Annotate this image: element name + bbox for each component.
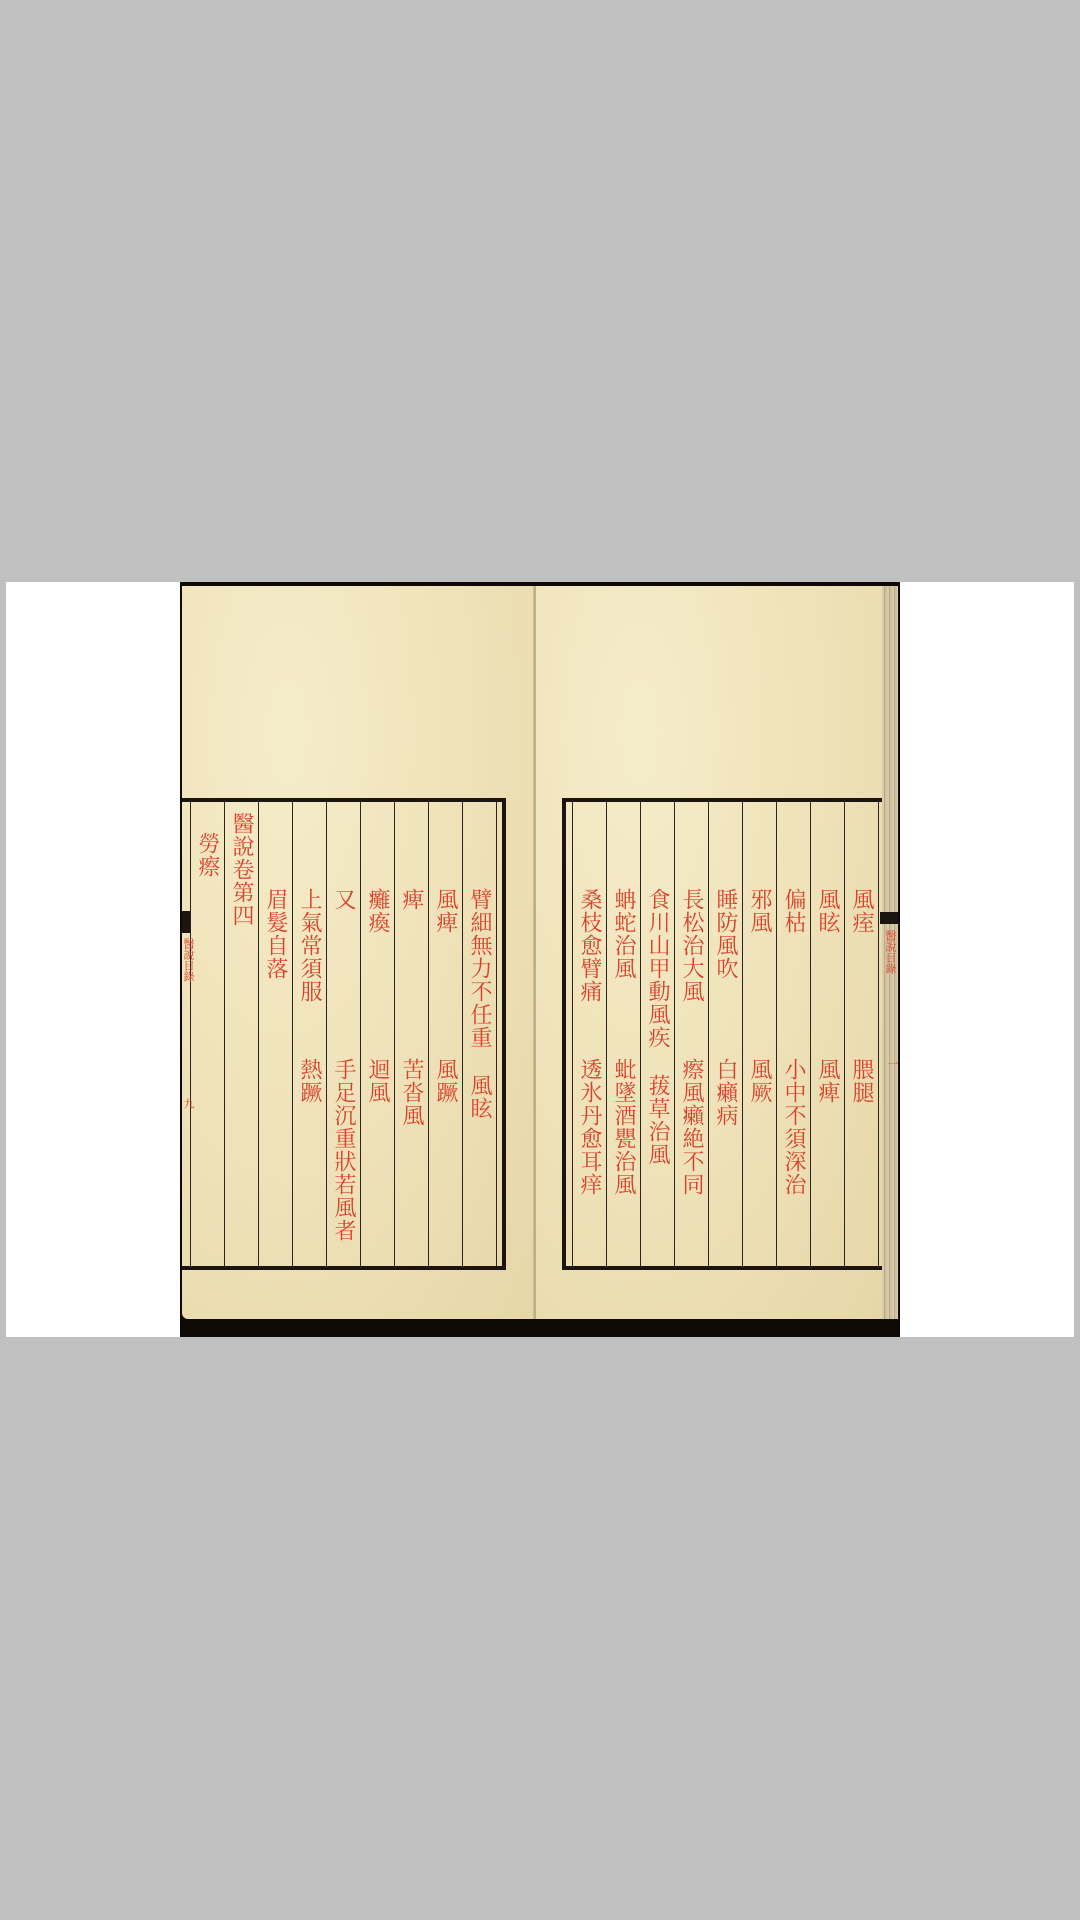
entry-text: 風厥 [744,1058,774,1104]
entry-text: 又 [328,888,358,911]
entry-text: 癱瘓 [362,888,392,934]
entry-text: 痺 [396,888,426,911]
entry-text: 小中不須深治 [778,1058,808,1196]
entry-text: 邪風 [744,888,774,934]
entry-text: 迴風 [362,1058,392,1104]
spine-tab [182,911,190,933]
entry-text: 熱蹶 [294,1058,324,1104]
entry-text: 長松治大風 [676,888,706,1003]
entry-text: 風痓 [846,888,876,934]
entry-text: 蚺蛇治風 [608,888,638,980]
entry-text: 風痺 [812,1058,842,1104]
margin-note: 醫說目錄 [884,930,896,974]
entry-text: 睡防風吹 [710,888,740,980]
page-number: 一 [886,1058,898,1069]
entry-text: 風眩 [812,888,842,934]
book-scan: 臂細無力不任重 風眩 風痺 風蹶 痺 苦沓風 癱瘓 迴風 又 手足沉重狀若風者 … [180,582,900,1337]
entry-text: 風痺 [430,888,460,934]
margin-note: 醫說目錄 [182,938,194,982]
entry-text: 苦沓風 [396,1058,426,1127]
left-page: 臂細無力不任重 風眩 風痺 風蹶 痺 苦沓風 癱瘓 迴風 又 手足沉重狀若風者 … [182,586,534,1319]
entry-text: 勞瘵 [192,832,222,878]
entry-text: 蚍墜酒甖治風 [608,1058,638,1196]
entry-text: 眉髮自落 [260,888,290,980]
entry-text: 瘵風癩絶不同 [676,1058,706,1196]
entry-text: 腲腿 [846,1058,876,1104]
page-number: 九 [182,1098,194,1109]
entry-text: 臂細無力不任重 [464,888,494,1049]
entry-text: 風眩 [464,1074,494,1120]
entry-text: 桑枝愈臂痛 [574,888,604,1003]
entry-text: 菝草治風 [642,1074,672,1166]
volume-title: 醫說卷第四 [226,812,256,927]
entry-text: 透氷丹愈耳痒 [574,1058,604,1196]
entry-text: 偏枯 [778,888,808,934]
right-page-frame: 風痓 腲腿 風眩 風痺 偏枯 小中不須深治 邪風 風厥 睡防風吹 白癩病 長松治… [562,798,892,1270]
right-page: 風痓 腲腿 風眩 風痺 偏枯 小中不須深治 邪風 風厥 睡防風吹 白癩病 長松治… [536,586,882,1319]
entry-text: 手足沉重狀若風者 [328,1058,358,1242]
entry-text: 上氣常須服 [294,888,324,1003]
entry-text: 白癩病 [710,1058,740,1127]
left-page-frame: 臂細無力不任重 風眩 風痺 風蹶 痺 苦沓風 癱瘓 迴風 又 手足沉重狀若風者 … [182,798,506,1270]
spine-tab [880,912,898,924]
entry-text: 食川山甲動風疾 [642,888,672,1049]
entry-text: 風蹶 [430,1058,460,1104]
